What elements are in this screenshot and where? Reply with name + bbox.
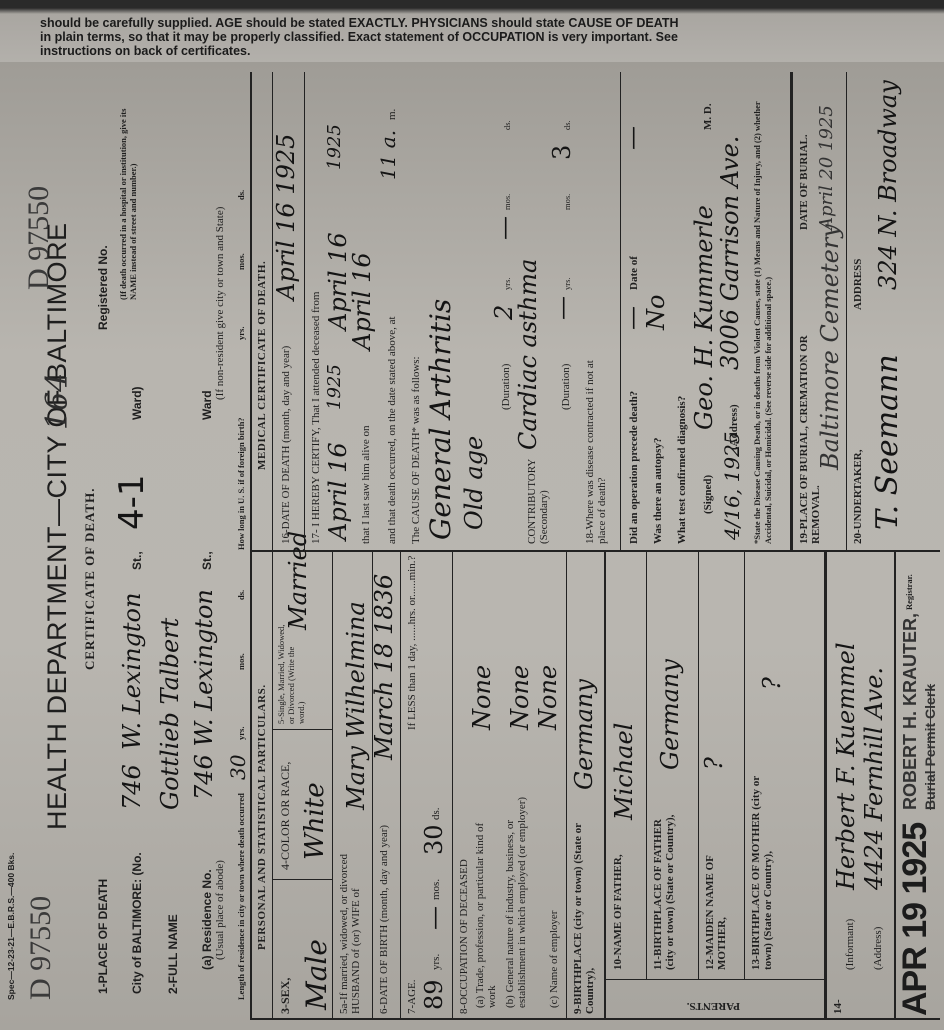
medical-section-title: MEDICAL CERTIFICATE OF DEATH. [256,261,268,470]
mother-maiden-value: ? [700,757,728,770]
occupation-b-value: None [506,665,534,730]
marital-value: Married [284,531,312,630]
sex-value: Male [300,939,333,1010]
birthplace-value: Germany [570,679,598,790]
age-months: — [420,906,448,930]
hospital-note: (If death occurred in a hospital or inst… [118,100,138,300]
spouse-value: Mary Wilhelmina [342,601,370,810]
column-divider [250,550,940,552]
contributory-value: Cardiac asthma [514,259,542,450]
residence-sublabel: (Usual place of abode) [214,860,226,960]
date-of-death-label: 16-DATE OF DEATH (month, day and year) [280,346,292,544]
registrar-title: Registrar. [904,574,914,610]
residence-value: 746 W. Lexington [190,589,218,800]
ward-label: Ward) [130,386,144,420]
informant-number: 14- [832,999,844,1014]
divider [272,879,332,880]
color-value: White [300,782,330,860]
divider [332,552,333,1020]
divider [790,72,793,552]
spouse-label: 5a-If married, widowed, or divorced HUSB… [338,834,362,1014]
place-number: 746 [118,764,146,810]
divider [452,552,453,1020]
ward-number: 4-1 [112,474,152,530]
physician-address: 3006 Garrison Ave. [716,136,744,370]
age-days: 30 [420,824,448,855]
residence-st-label: St., [200,551,214,570]
burial-date-label: DATE OF BURIAL. [798,134,810,230]
divider [250,72,252,1020]
certificate-photo: Spec—12-23-21—E.B.R.S.—400 Bks. D 97550 … [0,62,944,1030]
informant-value: Herbert F. Kuemmel [832,642,860,890]
occupation-label: 8-OCCUPATION OF DECEASED [458,859,470,1014]
birthplace-label: 9-BIRTHPLACE (city or town) (State or Co… [572,814,596,1014]
undertaker-label: 20-UNDERTAKER, [852,450,864,544]
contrib-yrs-label: yrs. [562,277,572,290]
less-than-day-label: If LESS than 1 day, ......hrs. or......m… [406,556,418,730]
left-border [250,1018,940,1020]
dob-label: 6-DATE OF BIRTH (month, day and year) [378,825,390,1014]
full-name-label: 2-FULL NAME [166,914,180,994]
father-birthplace-value: Germany [656,659,684,770]
physician-signature: Geo. H. Kummerle [690,205,718,430]
duration-label: (Duration) [500,364,512,410]
divider [646,552,647,980]
autopsy-value: No [642,295,670,330]
occupation-b-label: (b) General nature of industry, business… [504,788,528,1008]
undertaker-address-label: ADDRESS [852,259,864,310]
age-ds-label: ds. [430,807,442,820]
date-of-value: — [618,126,646,150]
instructions-line-1: should be carefully supplied. AGE should… [40,16,934,30]
dob-value: March 18 1836 [370,574,398,760]
age-label: 7-AGE. [406,979,418,1014]
divider [846,72,847,552]
cause-value: General Arthritis [424,299,457,540]
page-title: HEALTH DEPARTMENT—CITY OF BALTIMORE [42,222,73,830]
time-suffix: m. [386,109,398,120]
informant-label: (Informant) [844,919,856,970]
divider [698,552,699,980]
page-subtitle: CERTIFICATE OF DEATH. [82,488,98,670]
footnote: *State the Disease Causing Death, or in … [752,84,774,544]
ds-label: ds. [236,590,246,600]
duration-months: — [490,216,518,240]
operation-label: Did an operation precede death? [628,391,640,544]
handwritten-mark: 164 [40,373,75,430]
father-name-label: 10-NAME OF FATHER, [612,830,624,970]
death-time: 11 a. [376,130,400,180]
death-occurred-label: and that death occurred, on the date sta… [386,316,398,544]
mother-birthplace-label: 13-BIRTHPLACE OF MOTHER (city or town) (… [750,770,774,970]
contrib-ds-label: ds. [562,120,572,130]
certify-label: 17- I HEREBY CERTIFY, That I attended de… [310,292,322,544]
mos-label: mos. [236,653,246,670]
instructions-line-3: instructions on back of certificates. [40,44,934,58]
registrar-name: ROBERT H. KRAUTER, [900,613,921,810]
undertaker-address-value: 324 N. Broadway [874,80,902,290]
place-of-death-label: 1-PLACE OF DEATH [96,879,110,994]
occupation-a-value: None [468,665,496,730]
marital-label: 5-Single, Married, Widowed, or Divorced … [276,624,306,724]
test-label: What test confirmed diagnosis? [676,396,688,544]
residence-label: (a) Residence No. [200,869,214,970]
last-saw-value: April 16 [348,252,376,350]
certificate-number-left: D 97550 [24,896,58,1000]
signed-label: (Signed) [702,475,714,514]
age-years: 89 [420,979,448,1010]
registered-no-label: Registered No. [96,245,110,330]
burial-place-value: Baltimore Cemetery [816,224,844,470]
burial-permit-clerk: Burial Permit Clerk [922,684,938,810]
foreign-ds-label: ds. [236,190,246,200]
date-of-death-value: April 16 1925 [272,134,300,300]
physician-address-label: (Address) [728,404,740,450]
occupation-c-label: (c) Name of employer [548,911,560,1008]
instructions-line-2: in plain terms, so that it may be proper… [40,30,934,44]
mother-maiden-label: 12-MAIDEN NAME OF MOTHER, [704,830,728,970]
divider [304,72,305,552]
contributory-label: CONTRIBUTORY (Secondary) [526,454,550,544]
full-name-value: Gottlieb Talbert [156,618,184,810]
color-label: 4-COLOR OR RACE, [278,762,293,870]
last-saw-label: that I last saw him alive on [360,425,372,544]
death-certificate: Spec—12-23-21—E.B.R.S.—400 Bks. D 97550 … [0,62,944,1030]
divider [744,552,745,980]
cause-label: The CAUSE OF DEATH* was as follows: [410,356,422,544]
cause-value-2: Old age [460,436,488,530]
occupation-a-label: (a) Trade, profession, or particular kin… [474,808,498,1008]
burial-date-value: April 20 1925 [816,105,837,230]
age-mos-label: mos. [430,879,442,900]
contracted-label: 18-Where was disease contracted if not a… [584,344,608,544]
sex-label: 3-SEX, [278,978,293,1014]
divider [272,729,332,730]
informant-address-value: 4424 Fernhill Ave. [860,667,888,890]
foreign-yrs-label: yrs. [236,327,246,340]
occupation-c-value: None [534,665,562,730]
residence-ward-label: Ward [200,390,214,420]
attended-year-2: 1925 [324,124,345,170]
duration-mos-label: mos. [502,194,512,210]
divider [272,552,273,1020]
age-yrs-label: yrs. [430,954,442,970]
father-name-value: Michael [610,723,638,820]
divider [604,552,606,1020]
length-of-residence-label: Length of residence in city or town wher… [236,793,246,1000]
parents-section-title: PARENTS. [687,1000,740,1012]
attended-from: April 16 [324,442,352,540]
foreign-birth-label: How long in U. S. if of foreign birth? [236,417,246,550]
city-label: City of BALTIMORE: (No. [130,852,144,994]
md-label: M. D. [702,103,714,130]
autopsy-label: Was there an autopsy? [652,438,664,544]
contrib-duration-label: (Duration) [560,364,572,410]
contrib-duration-years: — [548,296,576,320]
mother-birthplace-value: ? [758,677,786,690]
form-code: Spec—12-23-21—E.B.R.S.—400 Bks. [6,853,16,1000]
place-street: W. Lexington [118,593,146,750]
undertaker-value: T. Seemann [870,354,905,530]
contrib-mos-label: mos. [562,194,572,210]
divider [824,552,827,1020]
certificate-number-right: D 97550 [22,186,56,290]
personal-section-title: PERSONAL AND STATISTICAL PARTICULARS. [256,684,268,950]
duration-yrs-label: yrs. [502,277,512,290]
informant-address-label: (Address) [872,927,884,970]
length-of-residence-years: 30 [226,755,250,780]
divider [566,552,567,1020]
father-birthplace-label: 11-BIRTHPLACE OF FATHER (city or town) (… [652,810,676,970]
attended-year-1: 1925 [324,364,345,410]
divider [400,552,401,1020]
filed-date-stamp: APR 19 1925 [896,823,935,1016]
divider [604,979,824,980]
contrib-duration-days: 3 [548,145,576,160]
instructions-banner: should be carefully supplied. AGE should… [0,0,944,62]
yrs-label: yrs. [236,727,246,740]
foreign-mos-label: mos. [236,253,246,270]
place-st-label: St., [130,551,144,570]
duration-ds-label: ds. [502,120,512,130]
nonresident-note: (If non-resident give city or town and S… [214,207,226,400]
date-of-label: Date of [628,256,640,290]
